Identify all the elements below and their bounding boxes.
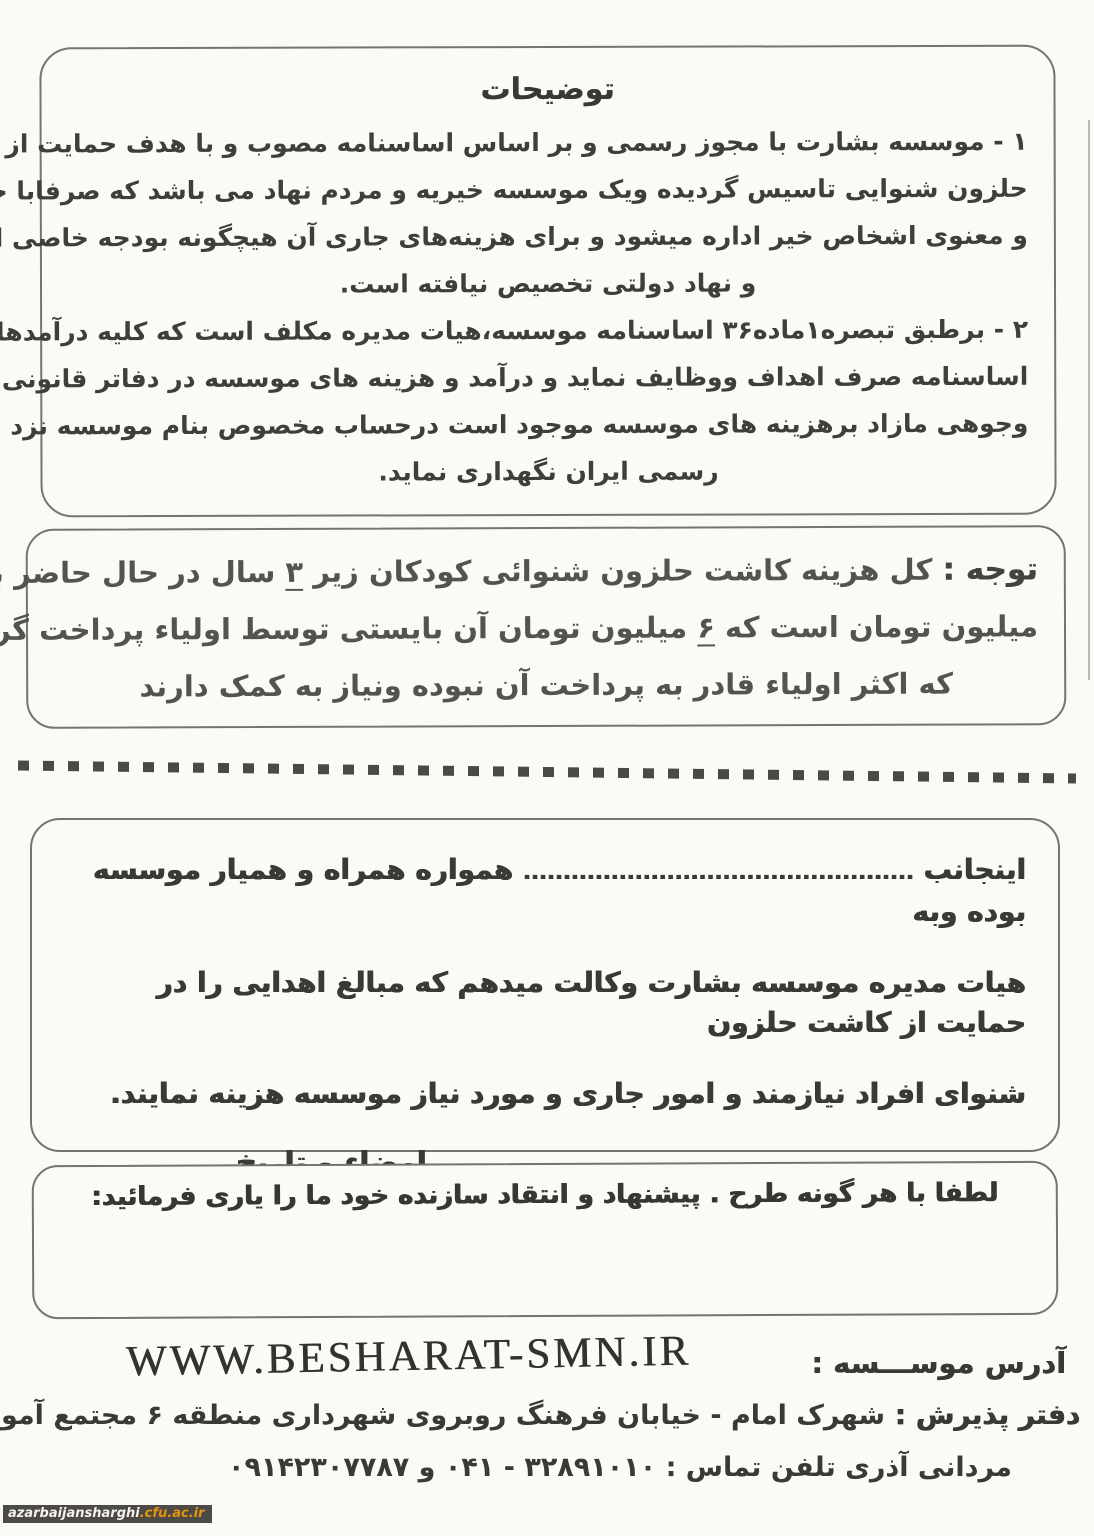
reception-office-address: شهرک امام - خیابان فرهنگ روبروی شهرداری … — [0, 1400, 895, 1431]
explanations-item1-line4: و نهاد دولتی تخصیص نیافته است. — [68, 259, 1028, 309]
explanations-item1-line3: و معنوی اشخاص خیر اداره میشود و برای هزی… — [68, 212, 1028, 262]
notice-line2-text-a: میلیون تومان است که — [715, 609, 1038, 644]
feedback-line: لطفا با هر گونه طرح . پیشنهاد و انتقاد س… — [34, 1178, 1056, 1212]
notice-line1: توجه : کل هزینه کاشت حلزون شنوائی کودکان… — [54, 541, 1038, 601]
reception-office-label: دفتر پذیرش : — [895, 1398, 1081, 1431]
institute-website-url: WWW.BESHARAT-SMN.IR — [126, 1327, 692, 1387]
name-fill-in-dots: ........................................… — [523, 860, 914, 884]
pledge-line3: شنوای افراد نیازمند و امور جاری و مورد ن… — [64, 1074, 1026, 1114]
explanations-item1-line2: حلزون شنوایی تاسیس گردیده ویک موسسه خیری… — [68, 165, 1028, 215]
watermark-site-name: azarbaijansharghi — [8, 1506, 140, 1521]
notice-label: توجه : — [942, 551, 1038, 587]
institute-address-label: آدرس موســـسه : — [811, 1346, 1066, 1380]
notice-box: توجه : کل هزینه کاشت حلزون شنوائی کودکان… — [26, 525, 1067, 729]
notice-line1-text-b: سال در حال حاضر بیش از — [0, 555, 285, 590]
feedback-box: لطفا با هر گونه طرح . پیشنهاد و انتقاد س… — [32, 1161, 1059, 1319]
pledge-line2: هیات مدیره موسسه بشارت وکالت میدهم که مب… — [64, 963, 1026, 1043]
explanations-title: توضیحات — [41, 71, 1053, 109]
notice-parent-share-number: ۶ — [697, 610, 715, 644]
notice-line2-text-b: میلیون تومان آن بایستی توسط اولیاء پرداخ… — [0, 610, 697, 647]
explanations-item2-line1: ۲ - برطبق تبصره۱ماده۳۶ اساسنامه موسسه،هی… — [68, 306, 1028, 356]
footer-address-row: آدرس موســـسه : WWW.BESHARAT-SMN.IR — [0, 1330, 1094, 1394]
notice-line3: که اکثر اولیاء قادر به پرداخت آن نبوده و… — [54, 655, 1038, 715]
pledge-body: اینجانب ................................… — [32, 820, 1058, 1179]
notice-line2: میلیون تومان است که ۶ میلیون تومان آن با… — [54, 598, 1038, 658]
footer-contact-row: مردانی آذری تلفن تماس : ۳۲۸۹۱۰۱۰ - ۰۴۱ و… — [0, 1452, 1012, 1483]
scan-edge-shadow — [1088, 120, 1090, 680]
pledge-box: اینجانب ................................… — [30, 818, 1060, 1152]
dashed-cut-line — [18, 761, 1076, 784]
explanations-item2-line2: اساسنامه صرف اهداف ووظایف نماید و درآمد … — [68, 353, 1028, 403]
explanations-item1-line1: ۱ - موسسه بشارت با مجوز رسمی و بر اساس ا… — [68, 118, 1028, 168]
notice-body: توجه : کل هزینه کاشت حلزون شنوائی کودکان… — [28, 527, 1065, 716]
notice-line1-text-a: کل هزینه کاشت حلزون شنوائی کودکان زیر — [303, 553, 942, 589]
explanations-item2-line3: وجوهی مازاد برهزینه های موسسه موجود است … — [68, 400, 1028, 450]
footer-office-row: دفتر پذیرش : شهرک امام - خیابان فرهنگ رو… — [14, 1398, 1080, 1431]
watermark-site-domain: .cfu.ac.ir — [140, 1506, 205, 1521]
pledge-intro-label: اینجانب — [914, 853, 1026, 886]
scanned-document-page: توضیحات ۱ - موسسه بشارت با مجوز رسمی و ب… — [0, 0, 1094, 1536]
notice-age-number: ۳ — [285, 555, 303, 589]
explanations-box: توضیحات ۱ - موسسه بشارت با مجوز رسمی و ب… — [39, 45, 1056, 518]
watermark-badge: azarbaijansharghi.cfu.ac.ir — [3, 1505, 212, 1523]
pledge-line1: اینجانب ................................… — [64, 850, 1026, 932]
explanations-item2-line4: رسمی ایران نگهداری نماید. — [68, 447, 1028, 497]
explanations-body: ۱ - موسسه بشارت با مجوز رسمی و بر اساس ا… — [42, 118, 1055, 497]
